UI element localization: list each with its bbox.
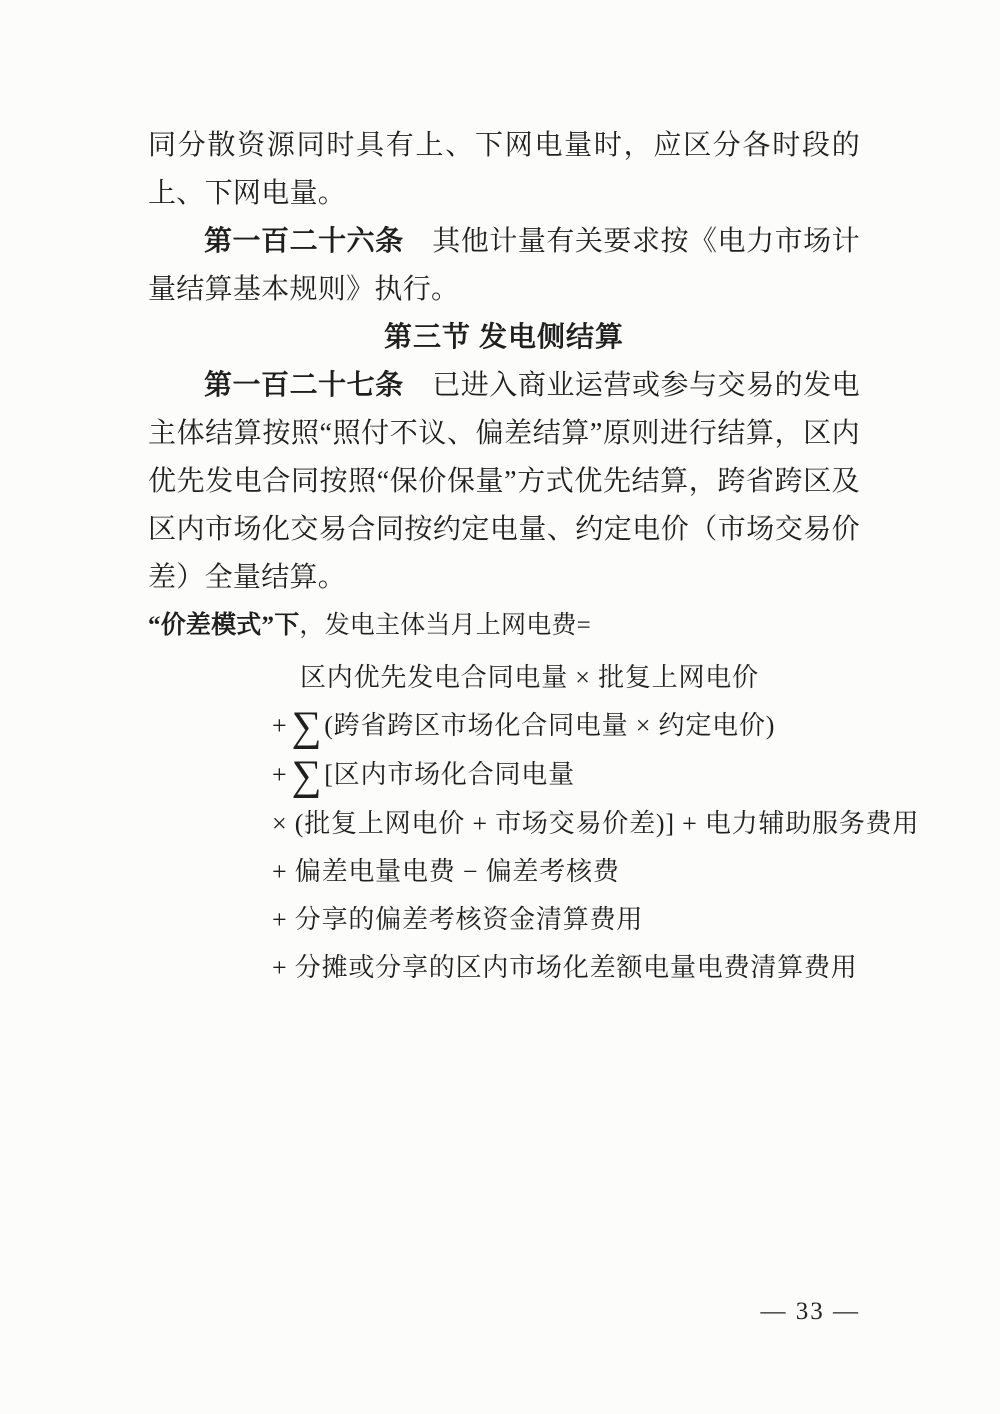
paragraph-carryover: 同分散资源同时具有上、下网电量时，应区分各时段的上、下网电量。 xyxy=(148,122,860,218)
formula-line-3: +∑[区内市场化合同电量 xyxy=(272,751,860,800)
formula-line-3-body: [区内市场化合同电量 xyxy=(324,760,575,789)
article-126-number: 第一百二十六条 xyxy=(204,226,404,257)
formula-lead-line: “价差模式”下，发电主体当月上网电费= xyxy=(148,602,860,650)
paragraph-article-126: 第一百二十六条 其他计量有关要求按《电力市场计量结算基本规则》执行。 xyxy=(148,218,860,314)
formula-line-2: +∑(跨省跨区市场化合同电量 × 约定电价) xyxy=(272,702,860,751)
sigma-icon: ∑ xyxy=(291,703,322,751)
sigma-icon: ∑ xyxy=(291,752,322,800)
plus-operator: + xyxy=(272,702,287,750)
formula-lead-text: ，发电主体当月上网电费= xyxy=(299,612,591,639)
formula-line-4: × (批复上网电价 + 市场交易价差)] + 电力辅助服务费用 xyxy=(272,800,860,848)
section-heading: 第三节 发电侧结算 xyxy=(148,314,860,362)
paragraph-article-127: 第一百二十七条 已进入商业运营或参与交易的发电主体结算按照“照付不议、偏差结算”… xyxy=(148,362,860,602)
page-number: — 33 — xyxy=(761,1298,861,1326)
document-page: 同分散资源同时具有上、下网电量时，应区分各时段的上、下网电量。 第一百二十六条 … xyxy=(0,0,1000,1414)
article-127-number: 第一百二十七条 xyxy=(204,370,404,401)
formula-line-2-body: (跨省跨区市场化合同电量 × 约定电价) xyxy=(324,711,775,740)
settlement-formula: 区内优先发电合同电量 × 批复上网电价 +∑(跨省跨区市场化合同电量 × 约定电… xyxy=(272,654,860,992)
formula-line-6: + 分享的偏差考核资金清算费用 xyxy=(272,896,860,944)
price-diff-mode-label: “价差模式”下 xyxy=(148,612,299,639)
formula-line-1: 区内优先发电合同电量 × 批复上网电价 xyxy=(300,654,860,702)
formula-line-5: + 偏差电量电费 − 偏差考核费 xyxy=(272,848,860,896)
document-body: 同分散资源同时具有上、下网电量时，应区分各时段的上、下网电量。 第一百二十六条 … xyxy=(148,122,860,992)
plus-operator: + xyxy=(272,751,287,799)
formula-line-7: + 分摊或分享的区内市场化差额电量电费清算费用 xyxy=(272,944,860,992)
article-127-text: 已进入商业运营或参与交易的发电主体结算按照“照付不议、偏差结算”原则进行结算，区… xyxy=(148,370,860,593)
